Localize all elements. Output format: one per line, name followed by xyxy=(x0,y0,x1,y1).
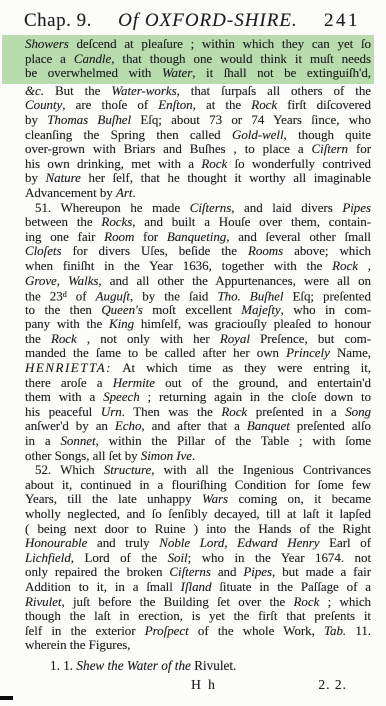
text-line: place a Candle, that though one would th… xyxy=(25,52,371,67)
text-line: wholly neglected, and ſo ſenſibly decaye… xyxy=(25,507,371,522)
chapter-label: Chap. 9. xyxy=(24,10,92,32)
page-text: Showers deſcend at pleaſure ; within whi… xyxy=(25,35,371,653)
text-line: Cloſets for divers Uſes, beſide the Room… xyxy=(25,244,371,259)
text-line: over-grown with Briars and Buſhes , to p… xyxy=(25,142,371,157)
text-line: pany with the King himſelf, was graciouſ… xyxy=(25,317,371,332)
text-line: Showers deſcend at pleaſure ; within whi… xyxy=(25,37,371,52)
book-page: Chap. 9. Of OXFORD-SHIRE. 241 Showers de… xyxy=(0,0,386,706)
text-line: Rivulet, juſt before the Building ſet ov… xyxy=(25,595,371,610)
page-number: 241 xyxy=(324,10,360,32)
text-line: between the Rocks, and built a Houſe ove… xyxy=(25,215,371,230)
text-line: his peaceful Urn. Then was the Rock preſ… xyxy=(25,405,371,420)
page-header: Chap. 9. Of OXFORD-SHIRE. 241 xyxy=(0,0,386,32)
text-line: County, are thoſe of Enſton, at the Rock… xyxy=(25,98,371,113)
text-line: Honourable and truly Noble Lord, Edward … xyxy=(25,536,371,551)
signature-row: H h 2. 2. xyxy=(0,678,386,693)
text-line: about it, continued in a flouriſhing Con… xyxy=(25,478,371,493)
text-line: &c. But the Water-works, that ſurpaſs al… xyxy=(25,84,371,99)
highlight-annotation: Showers deſcend at pleaſure ; within whi… xyxy=(2,35,374,84)
text-line: them with a Speech ; returning again in … xyxy=(25,390,371,405)
text-line: the Rock , not only with her Royal Preſe… xyxy=(25,332,371,347)
signature-mark: H h xyxy=(191,677,217,692)
text-line: wherein the Figures, xyxy=(25,638,371,653)
running-title: Of OXFORD-SHIRE. xyxy=(118,10,298,32)
text-line: by Nature her ſelf, that he thought it w… xyxy=(25,171,371,186)
text-line: Addition to it, in a ſmall Iſland ſituat… xyxy=(25,580,371,595)
scan-artifact xyxy=(0,696,13,700)
text-line: ing one fair Room for Banqueting, and ſe… xyxy=(25,230,371,245)
text-line: there aroſe a Hermite out of the ground,… xyxy=(25,376,371,391)
text-line: the 23d of Auguſt, by the ſaid Tho. Buſh… xyxy=(25,288,371,303)
text-line: Years, till the late unhappy Wars coming… xyxy=(25,492,371,507)
text-line: other Songs, all ſet by Simon Ive. xyxy=(25,449,371,464)
text-line: Lichfield, Lord of the Soil; who in the … xyxy=(25,551,371,566)
text-line: ( being next door to Ruine ) into the Ha… xyxy=(25,522,371,537)
text-line: manded the ſame to be called after her o… xyxy=(25,346,371,361)
text-line: in a Sonnet, within the Pillar of the Ta… xyxy=(25,434,371,449)
text-line: 51. Whereupon he made Ciſterns, and laid… xyxy=(25,201,371,216)
text-line: by Thomas Buſhel Eſq; about 73 or 74 Yea… xyxy=(25,113,371,128)
text-line: only repaired the broken Ciſterns and Pi… xyxy=(25,565,371,580)
text-line: ſelf in the exterior Proſpect of the who… xyxy=(25,624,371,639)
text-line: be overwhelmed with Water, it ſhall not … xyxy=(25,66,371,81)
text-line: 52. Which Structure, with all the Ingeni… xyxy=(25,463,371,478)
text-line: HENRIETTA: At which time as they were en… xyxy=(25,361,371,376)
figure-caption: 1. 1. Shew the Water of the Rivulet. xyxy=(25,659,371,674)
text-line: to the then Queen's moſt excellent Majeſ… xyxy=(25,303,371,318)
text-line: anſwer'd by an Echo, and after that a Ba… xyxy=(25,419,371,434)
text-line: when finiſht in the Year 1636, together … xyxy=(25,259,371,274)
catchword: 2. 2. xyxy=(318,678,347,693)
text-line: Grove, Walks, and all other the Appurten… xyxy=(25,274,371,289)
text-line: his own drinking, met with a Rock ſo won… xyxy=(25,157,371,172)
text-line: cleanſing the Spring then called Gold-we… xyxy=(25,128,371,143)
text-line: though the laſt in erection, is yet the … xyxy=(25,609,371,624)
text-line: Advancement by Art. xyxy=(25,186,371,201)
